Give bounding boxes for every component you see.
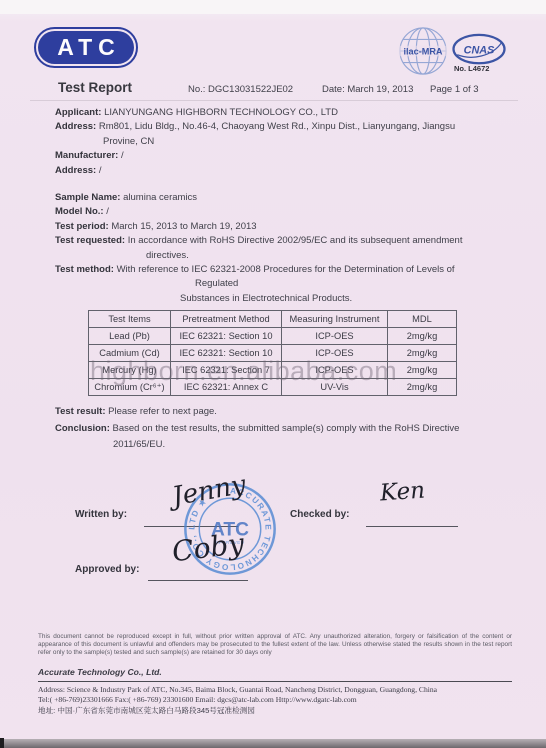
report-title: Test Report (58, 80, 132, 95)
atc-logo: ATC (34, 27, 138, 68)
atc-logo-text: ATC (51, 34, 121, 61)
footer: This document cannot be reproduced excep… (38, 633, 512, 716)
accreditation-badges: ilac-MRA CNAS No. L4672 (398, 26, 518, 76)
cnas-icon: CNAS (450, 33, 508, 67)
checked-by-label: Checked by: (290, 509, 349, 520)
footer-address: Address: Science & Industry Park of ATC,… (38, 685, 512, 694)
ilac-mra-icon: ilac-MRA (398, 26, 448, 76)
field-test-result: Test result: Please refer to next page. (55, 404, 517, 419)
scan-top-edge (0, 0, 546, 14)
col-pretreatment: Pretreatment Method (171, 311, 282, 328)
col-instrument: Measuring Instrument (282, 311, 388, 328)
report-info-section: Applicant: LIANYUNGANG HIGHBORN TECHNOLO… (55, 106, 517, 306)
result-section: Test result: Please refer to next page. … (55, 404, 517, 453)
written-by-label: Written by: (75, 509, 127, 520)
header-divider (30, 100, 518, 101)
accreditation-number: No. L4672 (454, 64, 489, 73)
field-conclusion: Conclusion: Based on the test results, t… (55, 421, 517, 436)
report-date: Date: March 19, 2013 (322, 84, 413, 95)
field-conclusion-cont: 2011/65/EU. (55, 436, 517, 453)
checked-signature: Ken (379, 477, 426, 506)
field-applicant-address: Address: Rm801, Lidu Bldg., No.46-4, Cha… (55, 120, 517, 134)
ilac-mra-label: ilac-MRA (403, 46, 442, 56)
field-model-no: Model No.: / (55, 205, 517, 219)
footer-company-rule: Accurate Technology Co., Ltd. (38, 662, 512, 682)
report-page-indicator: Page 1 of 3 (430, 84, 479, 95)
table-header-row: Test Items Pretreatment Method Measuring… (89, 311, 457, 328)
spacer (55, 178, 517, 191)
checked-by-line (366, 510, 458, 527)
scan-bottom-edge (0, 739, 546, 748)
field-test-method: Test method: With reference to IEC 62321… (55, 263, 517, 277)
footer-disclaimer: This document cannot be reproduced excep… (38, 633, 512, 656)
footer-address-cn: 地址: 中国·广东省东莞市南城区莞太路白马路段345号冠准检测园 (38, 705, 512, 716)
col-mdl: MDL (388, 311, 457, 328)
atc-logo-pill: ATC (38, 31, 134, 64)
field-manufacturer-address: Address: / (55, 164, 517, 178)
footer-company-name: Accurate Technology Co., Ltd. (38, 667, 162, 677)
report-number: No.: DGC13031522JE02 (188, 84, 293, 95)
test-report-page: ATC ilac-MRA CNAS No. L4672 Test Report … (0, 0, 546, 748)
alibaba-watermark: highborn.en.alibaba.com (90, 356, 530, 387)
field-applicant-address-cont: Provine, CN (55, 135, 517, 149)
col-test-items: Test Items (89, 311, 171, 328)
cnas-label: CNAS (464, 44, 496, 56)
field-test-period: Test period: March 15, 2013 to March 19,… (55, 220, 517, 234)
approved-by-label: Approved by: (75, 564, 139, 575)
table-cell: ICP-OES (282, 328, 388, 345)
table-cell: Lead (Pb) (89, 328, 171, 345)
field-applicant: Applicant: LIANYUNGANG HIGHBORN TECHNOLO… (55, 106, 517, 120)
field-test-method-cont2: Substances in Electrotechnical Products. (55, 292, 517, 306)
field-manufacturer: Manufacturer: / (55, 149, 517, 163)
table-cell: 2mg/kg (388, 328, 457, 345)
field-test-requested-cont: directives. (55, 249, 517, 263)
footer-contact: Tel:( +86-769)23301666 Fax:( +86-769) 23… (38, 695, 512, 704)
scan-corner-mark (0, 738, 4, 748)
field-test-method-cont1: Regulated (55, 277, 517, 291)
table-cell: IEC 62321: Section 10 (171, 328, 282, 345)
field-sample-name: Sample Name: alumina ceramics (55, 191, 517, 205)
field-test-requested: Test requested: In accordance with RoHS … (55, 234, 517, 248)
table-row: Lead (Pb) IEC 62321: Section 10 ICP-OES … (89, 328, 457, 345)
